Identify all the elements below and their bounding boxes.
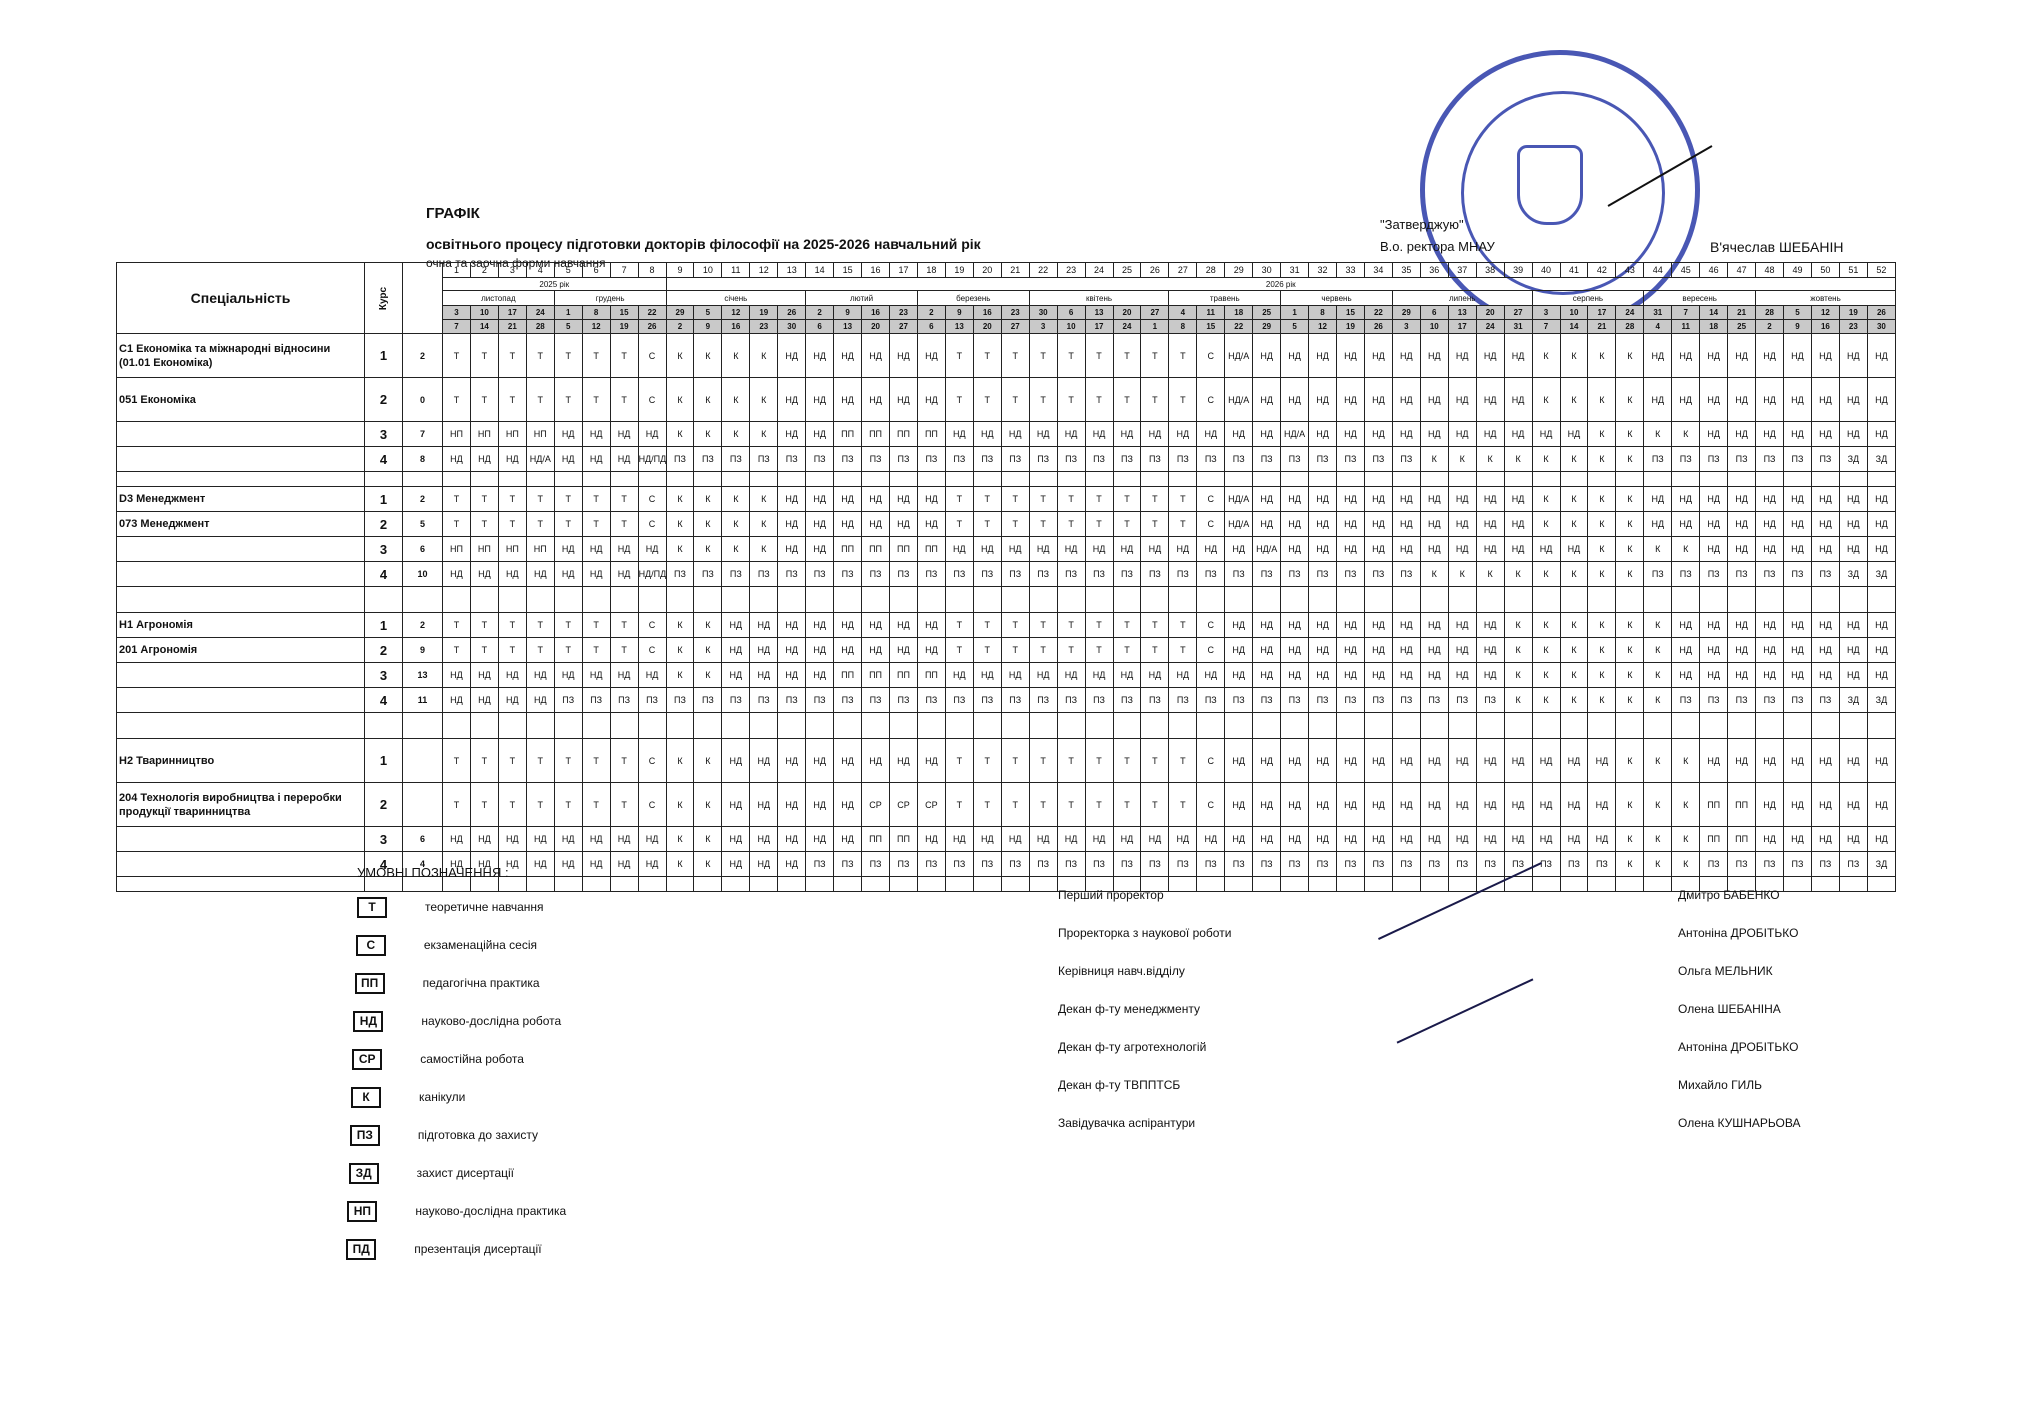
schedule-cell: НД xyxy=(1309,783,1337,827)
empty-cell xyxy=(1700,713,1728,739)
empty-cell xyxy=(1672,587,1700,613)
schedule-cell: НД xyxy=(806,487,834,512)
schedule-cell: НД xyxy=(1448,512,1476,537)
schedule-cell: НД xyxy=(638,852,666,877)
schedule-cell: НД xyxy=(1029,422,1057,447)
week-end-date: 16 xyxy=(722,320,750,334)
schedule-cell: Т xyxy=(443,783,471,827)
empty-cell xyxy=(1811,587,1839,613)
schedule-cell: ЗД xyxy=(1839,562,1867,587)
schedule-cell: К xyxy=(1588,663,1616,688)
schedule-cell: К xyxy=(750,422,778,447)
schedule-cell: НД xyxy=(1811,537,1839,562)
week-number: 28 xyxy=(1197,263,1225,278)
week-end-date: 3 xyxy=(1392,320,1420,334)
schedule-cell: НД xyxy=(1225,739,1253,783)
schedule-cell: К xyxy=(1644,783,1672,827)
schedule-cell: НД xyxy=(1169,827,1197,852)
schedule-cell: НД xyxy=(1700,638,1728,663)
legend-description: презентація дисертації xyxy=(414,1242,541,1256)
schedule-cell: ПЗ xyxy=(1085,562,1113,587)
schedule-cell: К xyxy=(1448,562,1476,587)
week-start-date: 18 xyxy=(1225,306,1253,320)
empty-cell xyxy=(1085,587,1113,613)
schedule-cell: НД xyxy=(1448,334,1476,378)
schedule-cell: НД xyxy=(1784,827,1812,852)
schedule-cell: К xyxy=(1504,663,1532,688)
schedule-cell: НД xyxy=(722,613,750,638)
schedule-cell: НП xyxy=(498,422,526,447)
empty-cell xyxy=(1700,472,1728,487)
empty-cell xyxy=(862,587,890,613)
week-number: 45 xyxy=(1672,263,1700,278)
schedule-cell: ПЗ xyxy=(973,447,1001,472)
schedule-cell: НД xyxy=(1364,422,1392,447)
schedule-cell: НД xyxy=(1337,378,1365,422)
schedule-cell: НД/А xyxy=(1225,512,1253,537)
schedule-cell: НД xyxy=(1839,663,1867,688)
week-number: 6 xyxy=(582,263,610,278)
week-end-date: 31 xyxy=(1504,320,1532,334)
schedule-cell: Т xyxy=(1141,638,1169,663)
empty-cell xyxy=(1029,472,1057,487)
week-end-date: 28 xyxy=(526,320,554,334)
schedule-cell: НД xyxy=(750,852,778,877)
week-end-date: 15 xyxy=(1197,320,1225,334)
schedule-cell: НД xyxy=(1644,512,1672,537)
empty-cell xyxy=(1560,587,1588,613)
week-end-date: 20 xyxy=(973,320,1001,334)
empty-cell xyxy=(1392,713,1420,739)
schedule-cell: Т xyxy=(1169,512,1197,537)
schedule-cell: НД xyxy=(1504,487,1532,512)
empty-cell xyxy=(1364,587,1392,613)
week-end-date: 3 xyxy=(1029,320,1057,334)
signatory-role: Декан ф-ту менеджменту xyxy=(1058,1002,1200,1016)
schedule-cell: ПЗ xyxy=(834,852,862,877)
schedule-cell: НД xyxy=(1001,663,1029,688)
schedule-cell: НД xyxy=(1197,663,1225,688)
schedule-cell: НД xyxy=(1756,537,1784,562)
week-start-date: 31 xyxy=(1644,306,1672,320)
schedule-cell: НД xyxy=(1811,827,1839,852)
schedule-cell: НД xyxy=(1811,739,1839,783)
schedule-cell: ПЗ xyxy=(1448,852,1476,877)
month-label: квітень xyxy=(1029,291,1169,306)
schedule-cell: ПЗ xyxy=(1476,688,1504,713)
schedule-cell: ПЗ xyxy=(890,447,918,472)
schedule-cell: ПЗ xyxy=(610,688,638,713)
schedule-cell: НД xyxy=(1839,334,1867,378)
schedule-cell: ПП xyxy=(1728,783,1756,827)
schedule-cell: ПЗ xyxy=(722,562,750,587)
schedule-cell: НД xyxy=(1337,783,1365,827)
schedule-cell: ПП xyxy=(1728,827,1756,852)
schedule-cell: НД xyxy=(526,562,554,587)
week-end-date: 21 xyxy=(498,320,526,334)
legend-description: екзаменаційна сесія xyxy=(424,938,537,952)
schedule-cell: НД xyxy=(1728,638,1756,663)
empty-cell xyxy=(1197,713,1225,739)
week-number: 51 xyxy=(1839,263,1867,278)
empty-cell xyxy=(526,587,554,613)
schedule-cell: Т xyxy=(470,783,498,827)
week-number: 50 xyxy=(1811,263,1839,278)
specialty-name: 204 Технологія виробництва і переробки п… xyxy=(117,783,365,827)
empty-cell xyxy=(1057,713,1085,739)
schedule-cell: НД xyxy=(1839,512,1867,537)
schedule-cell: НД xyxy=(610,663,638,688)
schedule-cell: К xyxy=(750,512,778,537)
week-number: 5 xyxy=(554,263,582,278)
week-start-date: 4 xyxy=(1169,306,1197,320)
empty-cell xyxy=(890,877,918,892)
week-number: 24 xyxy=(1085,263,1113,278)
schedule-cell: НД xyxy=(890,334,918,378)
week-start-date: 21 xyxy=(1728,306,1756,320)
week-number: 29 xyxy=(1225,263,1253,278)
empty-cell xyxy=(1560,713,1588,739)
schedule-cell: К xyxy=(694,663,722,688)
schedule-cell: Т xyxy=(470,739,498,783)
schedule-cell: К xyxy=(1476,562,1504,587)
empty-cell xyxy=(1197,587,1225,613)
schedule-cell: НД xyxy=(890,378,918,422)
schedule-cell: НД xyxy=(1504,422,1532,447)
week-end-date: 30 xyxy=(778,320,806,334)
empty-cell xyxy=(582,877,610,892)
schedule-cell: ПЗ xyxy=(1728,562,1756,587)
empty-cell xyxy=(1169,472,1197,487)
schedule-cell: ЗД xyxy=(1839,688,1867,713)
schedule-cell: НД xyxy=(1839,422,1867,447)
empty-cell xyxy=(890,587,918,613)
empty-cell xyxy=(1867,587,1895,613)
schedule-cell: Т xyxy=(582,334,610,378)
week-end-date: 5 xyxy=(1281,320,1309,334)
schedule-cell: Т xyxy=(443,638,471,663)
schedule-cell: К xyxy=(694,487,722,512)
schedule-cell: К xyxy=(1504,613,1532,638)
week-number: 30 xyxy=(1253,263,1281,278)
schedule-cell: С xyxy=(638,783,666,827)
schedule-cell: Т xyxy=(1001,783,1029,827)
schedule-cell: Т xyxy=(498,512,526,537)
week-start-date: 20 xyxy=(1476,306,1504,320)
schedule-cell: ПЗ xyxy=(778,688,806,713)
empty-cell xyxy=(1644,713,1672,739)
table-row: 48НДНДНДНД/АНДНДНДНД/ПДПЗПЗПЗПЗПЗПЗПЗПЗП… xyxy=(117,447,1896,472)
schedule-cell: Т xyxy=(470,638,498,663)
schedule-cell: К xyxy=(1560,638,1588,663)
schedule-cell: К xyxy=(666,638,694,663)
schedule-cell: Т xyxy=(1029,783,1057,827)
schedule-cell: НД xyxy=(470,688,498,713)
schedule-cell: НД xyxy=(1085,827,1113,852)
schedule-cell: НД xyxy=(1420,613,1448,638)
schedule-cell: К xyxy=(1616,827,1644,852)
schedule-cell: НД xyxy=(1560,739,1588,783)
schedule-cell: НД xyxy=(1476,613,1504,638)
empty-cell xyxy=(1867,877,1895,892)
month-label: червень xyxy=(1281,291,1393,306)
schedule-cell: Т xyxy=(973,334,1001,378)
schedule-cell: НД xyxy=(1337,663,1365,688)
schedule-cell: ПЗ xyxy=(1029,447,1057,472)
schedule-cell: НД xyxy=(1420,487,1448,512)
week-number: 35 xyxy=(1392,263,1420,278)
empty-cell xyxy=(1309,472,1337,487)
empty-cell xyxy=(722,472,750,487)
header-course-label: Курс xyxy=(378,286,389,309)
empty-cell xyxy=(778,587,806,613)
schedule-cell: НД xyxy=(1728,613,1756,638)
empty-cell xyxy=(1588,472,1616,487)
schedule-cell: ЗД xyxy=(1867,447,1895,472)
schedule-cell: Т xyxy=(443,487,471,512)
schedule-cell: НД xyxy=(917,827,945,852)
schedule-cell: Т xyxy=(582,613,610,638)
schedule-cell: НД xyxy=(1784,783,1812,827)
schedule-cell: ПЗ xyxy=(1784,562,1812,587)
schedule-cell: К xyxy=(666,334,694,378)
schedule-cell: НД xyxy=(1784,378,1812,422)
schedule-cell: К xyxy=(1616,537,1644,562)
schedule-cell: ПЗ xyxy=(862,688,890,713)
schedule-cell: НД xyxy=(1867,663,1895,688)
schedule-cell: ПП xyxy=(890,827,918,852)
legend-code-box: С xyxy=(356,935,386,956)
week-number: 46 xyxy=(1700,263,1728,278)
schedule-cell: ПЗ xyxy=(1476,852,1504,877)
week-number: 22 xyxy=(1029,263,1057,278)
approval-name: В'ячеслав ШЕБАНІН xyxy=(1710,236,1843,258)
document-title: ГРАФІК xyxy=(426,205,981,222)
schedule-cell: НД xyxy=(1364,663,1392,688)
schedule-cell: К xyxy=(1532,378,1560,422)
schedule-cell: ПЗ xyxy=(1337,562,1365,587)
week-end-date: 6 xyxy=(806,320,834,334)
empty-cell xyxy=(1113,713,1141,739)
schedule-cell: ПЗ xyxy=(722,688,750,713)
empty-cell xyxy=(117,587,365,613)
schedule-cell: Т xyxy=(945,613,973,638)
week-end-date: 27 xyxy=(1001,320,1029,334)
schedule-cell: Т xyxy=(973,378,1001,422)
schedule-cell: НД xyxy=(834,638,862,663)
legend-item: НДнауково-дослідна робота xyxy=(353,1002,566,1040)
schedule-cell: Т xyxy=(554,613,582,638)
specialty-name: С1 Економіка та міжнародні відносини (01… xyxy=(117,334,365,378)
table-row: Н2 Тваринництво1ТТТТТТТСККНДНДНДНДНДНДНД… xyxy=(117,739,1896,783)
schedule-cell: НД xyxy=(1560,827,1588,852)
schedule-cell: ПП xyxy=(834,537,862,562)
week-number: 14 xyxy=(806,263,834,278)
schedule-cell: Т xyxy=(1085,613,1113,638)
schedule-cell: Т xyxy=(1057,638,1085,663)
empty-cell xyxy=(365,587,403,613)
schedule-cell: НД xyxy=(1672,663,1700,688)
schedule-cell: ПЗ xyxy=(945,447,973,472)
schedule-cell: Т xyxy=(526,783,554,827)
empty-cell xyxy=(1839,587,1867,613)
schedule-cell: НД xyxy=(1085,663,1113,688)
schedule-cell: ПЗ xyxy=(1197,447,1225,472)
week-end-date: 19 xyxy=(1337,320,1365,334)
schedule-cell: НД xyxy=(1839,537,1867,562)
week-end-date: 12 xyxy=(1309,320,1337,334)
schedule-cell: Т xyxy=(973,783,1001,827)
schedule-cell: ПЗ xyxy=(694,688,722,713)
schedule-cell: НД xyxy=(862,487,890,512)
schedule-cell: НД xyxy=(526,663,554,688)
schedule-cell: НД xyxy=(806,334,834,378)
month-label: серпень xyxy=(1532,291,1644,306)
schedule-cell: НД xyxy=(806,378,834,422)
schedule-cell: НД xyxy=(1337,487,1365,512)
schedule-cell: НД xyxy=(1337,827,1365,852)
week-end-date: 2 xyxy=(1756,320,1784,334)
schedule-cell: НД xyxy=(1309,422,1337,447)
schedule-cell: ПЗ xyxy=(1253,688,1281,713)
legend-code-box: ЗД xyxy=(349,1163,379,1184)
student-count: 2 xyxy=(403,487,443,512)
empty-cell xyxy=(403,713,443,739)
schedule-cell: НД xyxy=(610,852,638,877)
schedule-cell: НД xyxy=(1784,487,1812,512)
schedule-cell: К xyxy=(694,422,722,447)
schedule-cell: К xyxy=(1588,334,1616,378)
schedule-cell: НД xyxy=(917,613,945,638)
empty-cell xyxy=(498,472,526,487)
empty-cell xyxy=(638,877,666,892)
empty-cell xyxy=(806,587,834,613)
schedule-cell: ПП xyxy=(890,537,918,562)
schedule-cell: К xyxy=(1616,739,1644,783)
schedule-cell: К xyxy=(1448,447,1476,472)
course-number: 4 xyxy=(365,562,403,587)
empty-cell xyxy=(917,587,945,613)
specialty-name: 073 Менеджмент xyxy=(117,512,365,537)
schedule-cell: НД xyxy=(806,512,834,537)
week-number: 32 xyxy=(1309,263,1337,278)
schedule-cell: ПЗ xyxy=(1728,688,1756,713)
student-count: 7 xyxy=(403,422,443,447)
schedule-cell: СР xyxy=(917,783,945,827)
empty-cell xyxy=(1756,587,1784,613)
schedule-cell: ПЗ xyxy=(834,562,862,587)
schedule-cell: ПЗ xyxy=(1281,688,1309,713)
coat-of-arms-icon xyxy=(1517,145,1583,225)
schedule-cell: С xyxy=(1197,512,1225,537)
week-end-date: 14 xyxy=(470,320,498,334)
table-row: D3 Менеджмент12ТТТТТТТСККККНДНДНДНДНДНДТ… xyxy=(117,487,1896,512)
schedule-cell: НД xyxy=(554,422,582,447)
schedule-cell: НД xyxy=(722,783,750,827)
week-end-date: 5 xyxy=(554,320,582,334)
month-label: травень xyxy=(1169,291,1281,306)
schedule-cell: Т xyxy=(582,783,610,827)
schedule-cell: НД xyxy=(750,783,778,827)
signatory-name: Антоніна ДРОБІТЬКО xyxy=(1678,926,1798,940)
schedule-cell: К xyxy=(1588,378,1616,422)
week-number: 25 xyxy=(1113,263,1141,278)
schedule-cell: ПЗ xyxy=(1029,852,1057,877)
schedule-cell: Т xyxy=(1113,638,1141,663)
schedule-cell: ПЗ xyxy=(1141,688,1169,713)
week-start-date: 8 xyxy=(582,306,610,320)
schedule-cell: ПЗ xyxy=(1169,852,1197,877)
schedule-cell: НД xyxy=(1700,487,1728,512)
schedule-cell: Т xyxy=(1085,512,1113,537)
schedule-cell: ПЗ xyxy=(1253,852,1281,877)
week-number: 23 xyxy=(1057,263,1085,278)
week-end-date: 24 xyxy=(1476,320,1504,334)
schedule-cell: НД xyxy=(750,739,778,783)
specialty-name xyxy=(117,688,365,713)
week-start-date: 17 xyxy=(498,306,526,320)
week-number: 12 xyxy=(750,263,778,278)
schedule-cell: НД xyxy=(1867,334,1895,378)
schedule-cell: НД xyxy=(582,537,610,562)
schedule-cell: Т xyxy=(1169,613,1197,638)
schedule-cell: НП xyxy=(470,422,498,447)
schedule-cell: НД xyxy=(498,688,526,713)
week-number: 15 xyxy=(834,263,862,278)
legend-item: ПДпрезентація дисертації xyxy=(346,1230,566,1268)
schedule-cell: Т xyxy=(1141,378,1169,422)
schedule-cell: НД xyxy=(1281,739,1309,783)
schedule-cell: НД xyxy=(1057,537,1085,562)
schedule-cell: ПЗ xyxy=(1225,852,1253,877)
schedule-cell: НД xyxy=(1141,537,1169,562)
schedule-cell: НД xyxy=(973,663,1001,688)
schedule-cell: ПЗ xyxy=(722,447,750,472)
signatory: Декан ф-ту ТВППТСБМихайло ГИЛЬ xyxy=(1058,1078,1858,1116)
empty-cell xyxy=(694,587,722,613)
schedule-cell: Т xyxy=(470,378,498,422)
empty-cell xyxy=(666,713,694,739)
empty-cell xyxy=(1057,587,1085,613)
schedule-cell: Т xyxy=(1057,512,1085,537)
schedule-cell: ПЗ xyxy=(1364,562,1392,587)
signatory-name: Ольга МЕЛЬНИК xyxy=(1678,964,1773,978)
course-number: 4 xyxy=(365,447,403,472)
schedule-cell: Т xyxy=(582,512,610,537)
schedule-cell: ПЗ xyxy=(1141,852,1169,877)
week-start-date: 10 xyxy=(470,306,498,320)
approval-block: "Затверджую" В.о. ректора МНАУ В'ячеслав… xyxy=(1380,214,1495,258)
month-label: березень xyxy=(917,291,1029,306)
empty-cell xyxy=(694,877,722,892)
schedule-cell: ПЗ xyxy=(1113,562,1141,587)
empty-cell xyxy=(1728,472,1756,487)
schedule-cell: НД xyxy=(1644,334,1672,378)
schedule-cell: НД xyxy=(834,378,862,422)
schedule-cell: Т xyxy=(1141,512,1169,537)
schedule-cell: НД/А xyxy=(526,447,554,472)
schedule-cell: Т xyxy=(1113,739,1141,783)
schedule-cell: ЗД xyxy=(1839,447,1867,472)
schedule-cell: НД xyxy=(1392,638,1420,663)
week-start-date: 12 xyxy=(722,306,750,320)
schedule-cell: ПЗ xyxy=(1644,447,1672,472)
schedule-cell: К xyxy=(1644,613,1672,638)
empty-cell xyxy=(890,472,918,487)
schedule-cell: Т xyxy=(443,613,471,638)
schedule-cell: НД xyxy=(722,827,750,852)
empty-cell xyxy=(1113,472,1141,487)
